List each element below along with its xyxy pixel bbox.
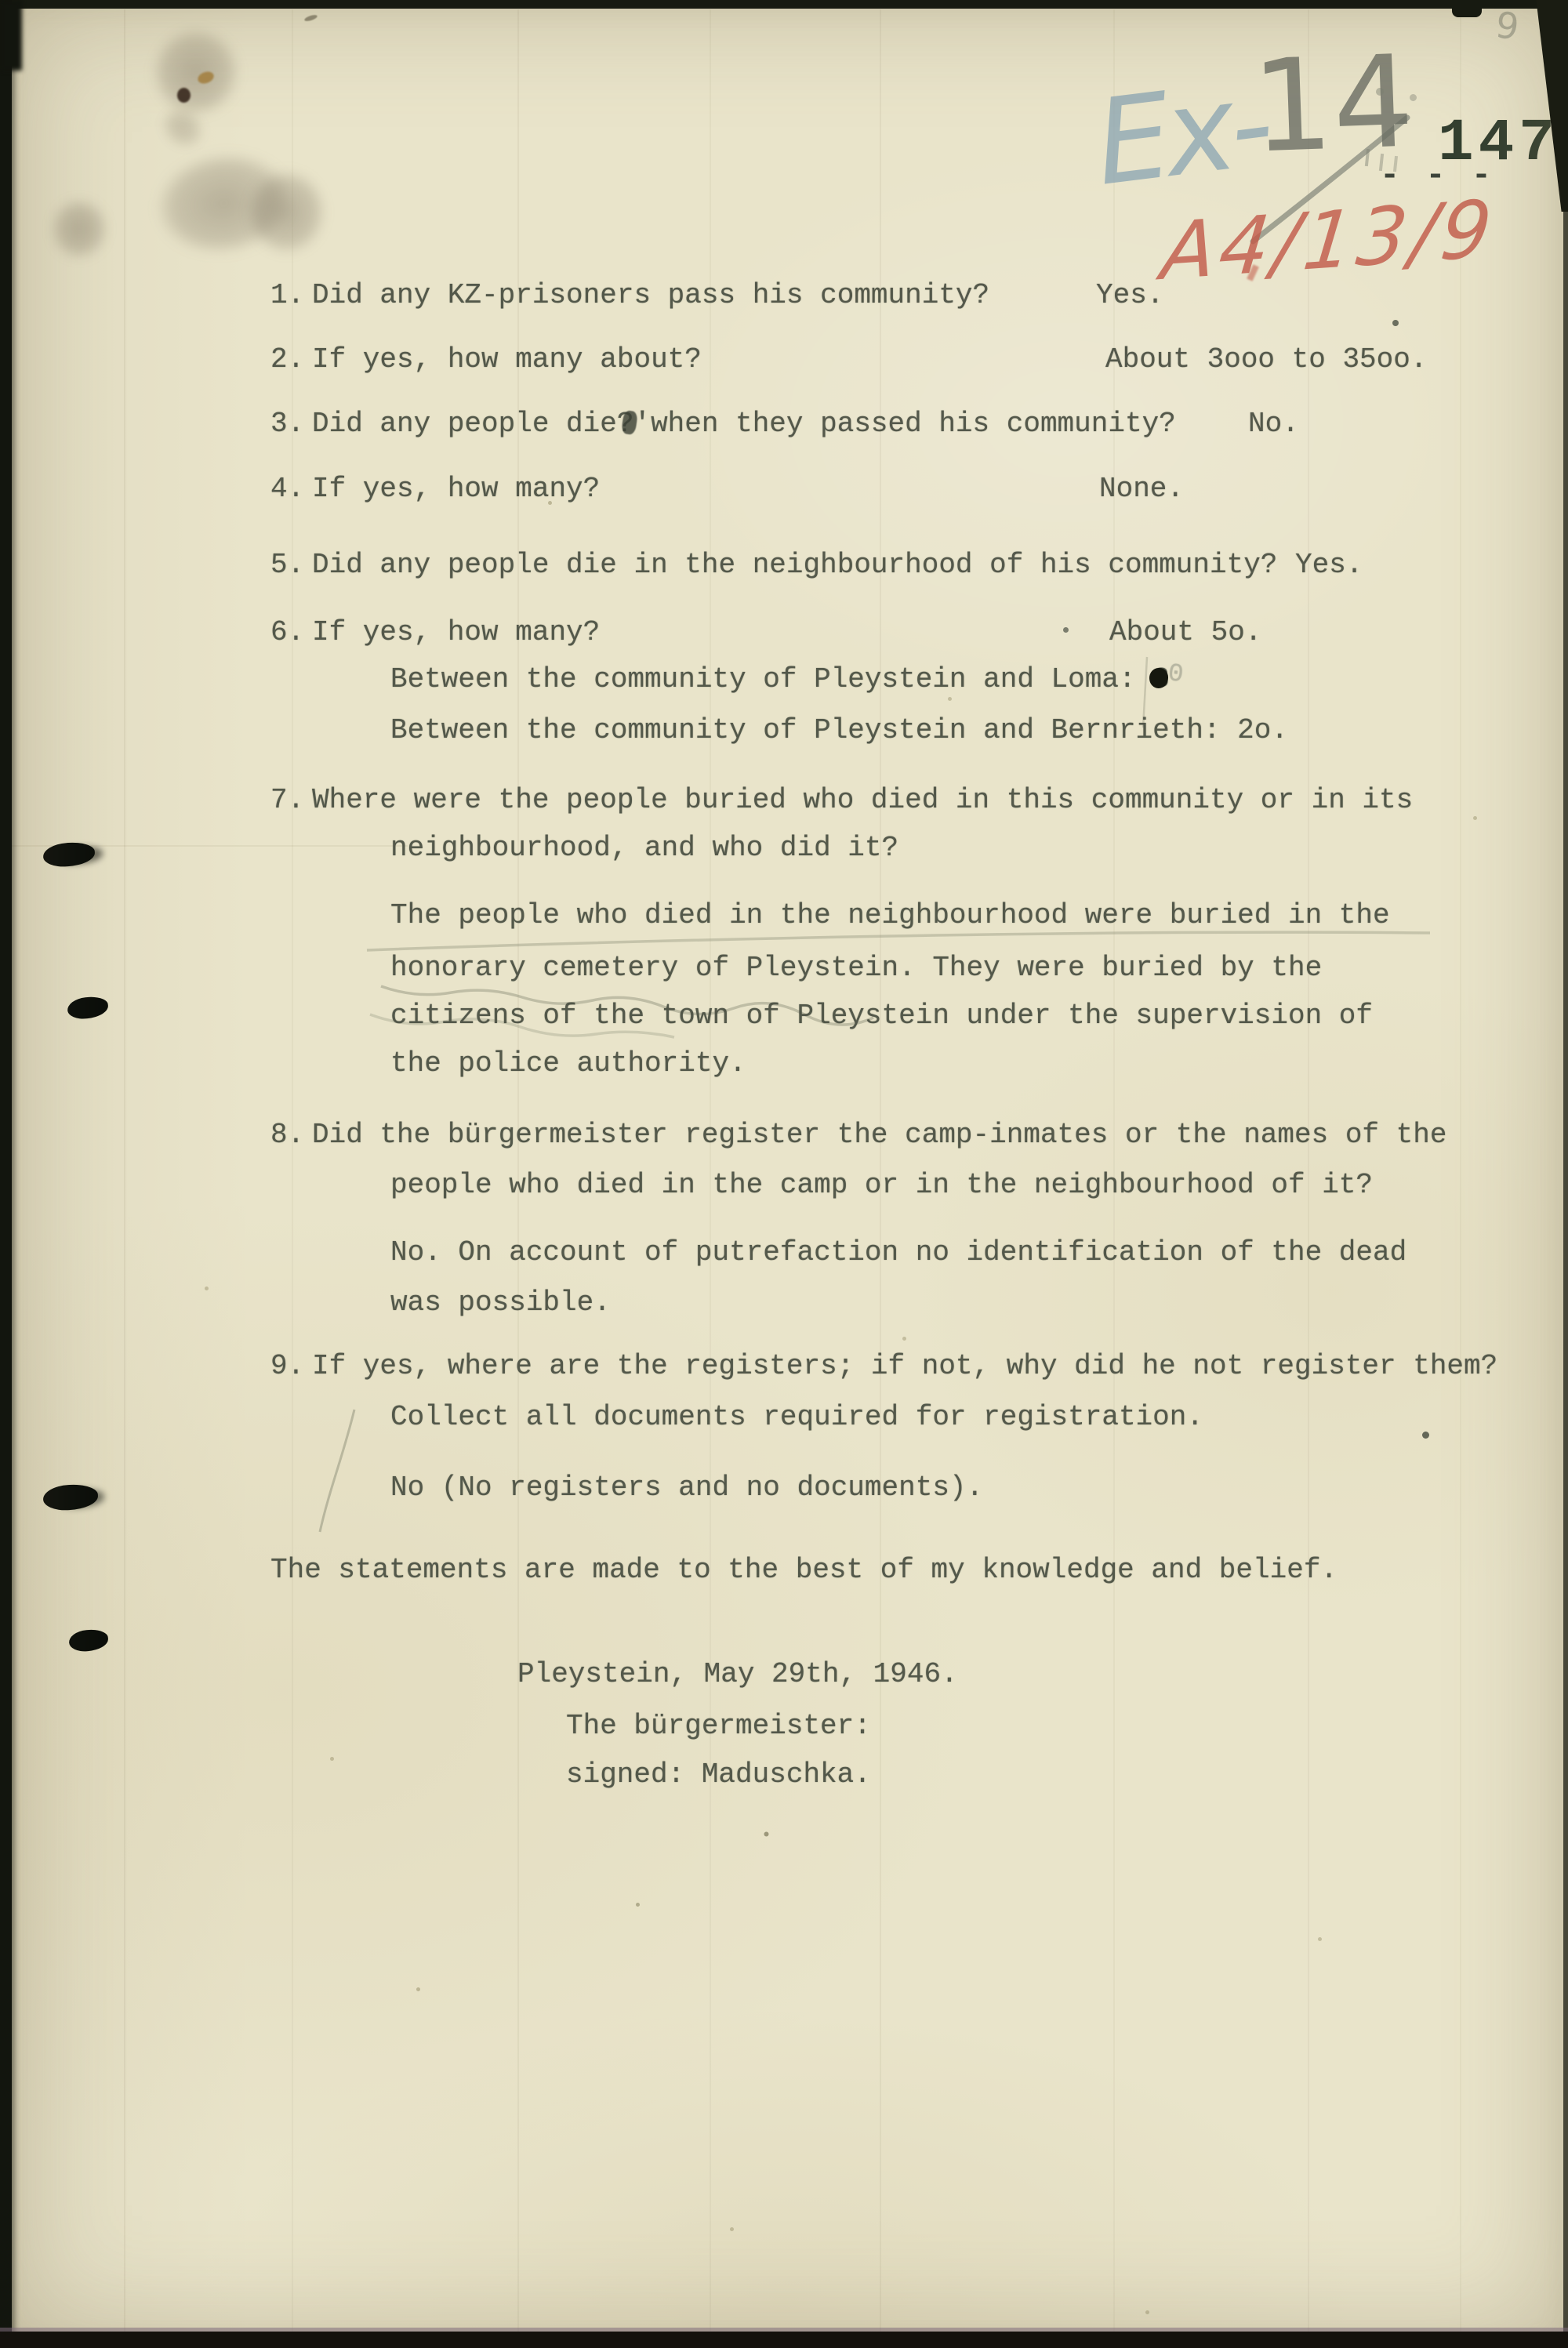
q6-sub-loma-blotted-digit: 0 [1167,656,1185,692]
q7-answer-line2: honorary cemetery of Pleystein. They wer… [390,951,1322,985]
q9-text-line1: If yes, where are the registers; if not,… [312,1349,1497,1384]
q6-sub-bernrieth: Between the community of Pleystein and B… [390,713,1288,748]
q4-answer: None. [1099,472,1184,506]
ink-blot-loma [1149,668,1168,688]
q1-text: Did any KZ-prisoners pass his community? [312,278,989,313]
stray-period [1063,627,1069,633]
scan-edge-right-wedge [1513,0,1568,212]
paper-crease [1460,9,1461,2332]
q7-number: 7. [270,783,304,818]
scan-edge-corner-topleft [0,0,22,71]
scan-edge-bottom [0,2332,1568,2348]
q5-answer: Yes. [1295,548,1363,582]
red-file-reference: A4/13/9 [1157,183,1500,299]
q2-number: 2. [270,343,304,377]
q3-answer: No. [1248,407,1299,441]
q9-number: 9. [270,1349,304,1384]
q6-answer: About 5o. [1109,615,1261,650]
scan-edge-notch [1452,6,1482,17]
exhibit-mark-blue: Ex- [1088,56,1276,212]
q6-sub-loma: Between the community of Pleystein and L… [390,662,1170,697]
paper-crease [124,9,125,2332]
q9-answer-line1: No (No registers and no documents). [390,1471,983,1505]
q2-text: If yes, how many about? [312,343,702,377]
q1-answer: Yes. [1096,278,1163,313]
document-scan: 1. Did any KZ-prisoners pass his communi… [0,0,1568,2348]
q1-number: 1. [270,278,304,313]
ink-stain [234,155,339,269]
q4-number: 4. [270,472,304,506]
q7-answer-line3: citizens of the town of Pleystein under … [390,999,1373,1033]
q2-answer: About 3ooo to 35oo. [1105,343,1427,377]
pencil-line-straight [367,932,1430,950]
pencil-echo-dot [1376,88,1384,96]
scan-edge-left [0,0,12,2348]
q7-text-line1: Where were the people buried who died in… [312,783,1413,818]
q5-number: 5. [270,548,304,582]
corner-pencil-number: 9 [1493,3,1522,49]
q5-text: Did any people die in the neighbourhood … [312,548,1277,582]
q4-text: If yes, how many? [312,472,600,506]
q6-number: 6. [270,615,304,650]
signature-place-date: Pleystein, May 29th, 1946. [517,1657,958,1692]
scan-edge-right [1563,0,1568,2348]
scan-artifact [303,14,318,23]
ink-stain [41,188,118,270]
q8-number: 8. [270,1118,304,1152]
ink-speck-dark [177,88,191,103]
q8-text-line1: Did the bürgermeister register the camp-… [312,1118,1446,1152]
ink-dot [1392,320,1399,326]
q7-text-line2: neighbourhood, and who did it? [390,831,898,866]
q8-answer-line2: was possible. [390,1286,611,1320]
closing-statement: The statements are made to the best of m… [270,1553,1338,1588]
q8-text-line2: people who died in the camp or in the ne… [390,1168,1373,1203]
scan-edge-top [0,0,1568,9]
signature-title: The bürgermeister: [566,1709,871,1744]
pencil-echo-dot [1410,94,1417,101]
q3-text: Did any people die?'when they passed his… [312,407,1176,441]
signature-signed: signed: Maduschka. [566,1758,871,1792]
punch-hole [67,995,110,1020]
punch-hole [42,1483,99,1512]
ink-dot [1422,1432,1429,1439]
q8-answer-line1: No. On account of putrefaction no identi… [390,1236,1406,1270]
q7-answer-line1: The people who died in the neighbourhood… [390,898,1390,933]
q9-text-line2: Collect all documents required for regis… [390,1400,1203,1435]
punch-hole [68,1628,109,1653]
q7-answer-line4: the police authority. [390,1047,746,1081]
q6-text: If yes, how many? [312,615,600,650]
pencil-stroke-q9 [320,1410,354,1532]
q3-number: 3. [270,407,304,441]
